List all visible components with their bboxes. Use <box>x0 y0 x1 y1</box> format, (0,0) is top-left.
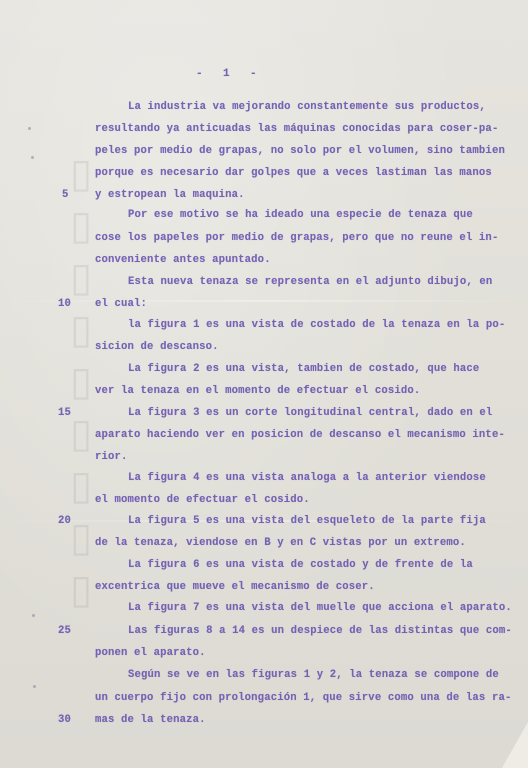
text-line: el momento de efectuar el cosido. <box>95 494 310 506</box>
text-line: ponen el aparato. <box>95 647 206 659</box>
text-line: conveniente antes apuntado. <box>95 254 271 266</box>
folded-corner <box>502 722 528 768</box>
text-line: excentrica que mueve el mecanismo de cos… <box>95 581 375 593</box>
text-line: peles por medio de grapas, no solo por e… <box>95 145 505 157</box>
text-line: La figura 4 es una vista analoga a la an… <box>128 472 486 484</box>
margin-line-number: 15 <box>58 407 71 419</box>
text-line: sicion de descanso. <box>95 341 219 353</box>
text-line: La figura 5 es una vista del esqueleto d… <box>128 515 486 527</box>
text-line: rior. <box>95 451 128 463</box>
paper-page: ▯▯▯▯▯▯▯▯▯ - 1 - La industria va mejorand… <box>0 0 528 768</box>
text-line: aparato haciendo ver en posicion de desc… <box>95 429 505 441</box>
margin-punch-mark <box>28 127 31 130</box>
page-number: - 1 - <box>196 68 276 80</box>
text-line: cose los papeles por medio de grapas, pe… <box>95 232 498 244</box>
text-line: Según se ve en las figuras 1 y 2, la ten… <box>128 669 499 681</box>
text-line: Esta nueva tenaza se representa en el ad… <box>128 276 492 288</box>
text-line: el cual: <box>95 298 147 310</box>
text-line: porque es necesario dar golpes que a vec… <box>95 167 492 179</box>
text-line: de la tenaza, viendose en B y en C vista… <box>95 537 466 549</box>
margin-punch-mark <box>33 685 36 688</box>
margin-punch-mark <box>31 156 34 159</box>
text-line: un cuerpo fijo con prolongación 1, que s… <box>95 692 511 704</box>
margin-line-number: 25 <box>58 625 71 637</box>
text-line: La figura 3 es un corte longitudinal cen… <box>128 407 492 419</box>
text-line: ver la tenaza en el momento de efectuar … <box>95 385 420 397</box>
text-line: y estropean la maquina. <box>95 189 245 201</box>
margin-line-number: 20 <box>58 515 71 527</box>
text-line: La industria va mejorando constantemente… <box>128 101 486 113</box>
paper-crease <box>0 300 528 302</box>
text-line: mas de la tenaza. <box>95 714 206 726</box>
margin-line-number: 30 <box>58 714 71 726</box>
margin-punch-mark <box>32 614 35 617</box>
margin-line-number: 5 <box>62 189 69 201</box>
text-line: Las figuras 8 a 14 es un despiece de las… <box>128 625 512 637</box>
text-line: Por ese motivo se ha ideado una especie … <box>128 209 473 221</box>
text-line: La figura 7 es una vista del muelle que … <box>128 602 512 614</box>
text-line: la figura 1 es una vista de costado de l… <box>128 319 505 331</box>
text-line: La figura 6 es una vista de costado y de… <box>128 559 473 571</box>
margin-line-number: 10 <box>58 298 71 310</box>
text-line: La figura 2 es una vista, tambien de cos… <box>128 363 479 375</box>
text-line: resultando ya anticuadas las máquinas co… <box>95 123 498 135</box>
